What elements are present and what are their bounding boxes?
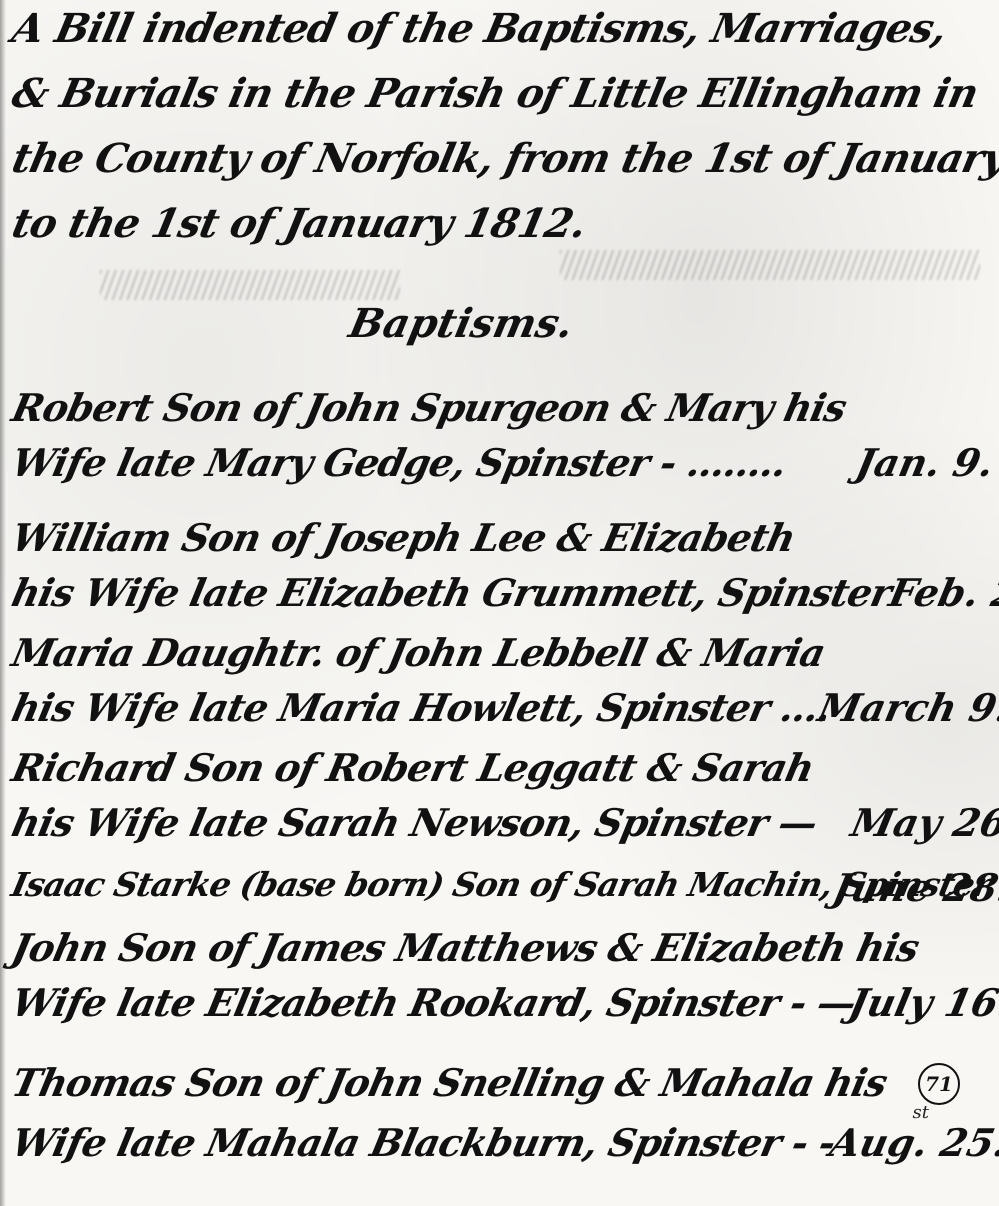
entry-1-line-2: Wife late Mary Gedge, Spinster - .......… — [8, 440, 790, 485]
entry-2-line-1: William Son of Joseph Lee & Elizabeth — [8, 515, 799, 560]
entry-7-date: Aug. 25. — [826, 1120, 999, 1165]
entry-7-line-2: Wife late Mahala Blackburn, Spinster - - — [8, 1120, 839, 1165]
section-title-baptisms: Baptisms. — [345, 300, 578, 347]
folio-number-circle: 71 — [918, 1063, 960, 1105]
header-line-1: A Bill indented of the Baptisms, Marriag… — [8, 5, 951, 52]
entry-4-date: May 26 — [847, 800, 999, 845]
header-line-3: the County of Norfolk, from the 1st of J… — [8, 135, 999, 182]
entry-6-date: July 16. — [845, 980, 999, 1025]
entry-2-line-2: his Wife late Elizabeth Grummett, Spinst… — [8, 570, 895, 615]
ink-smudge — [100, 270, 400, 300]
entry-4-line-2: his Wife late Sarah Newson, Spinster — — [8, 800, 821, 845]
header-line-2: & Burials in the Parish of Little Elling… — [8, 70, 982, 117]
header-line-4: to the 1st of January 1812. — [8, 200, 590, 247]
entry-1-line-1: Robert Son of John Spurgeon & Mary his — [8, 385, 850, 430]
entry-3-line-1: Maria Daughtr. of John Lebbell & Maria — [8, 630, 829, 675]
ink-smudge — [560, 250, 980, 280]
entry-2-date: Feb. 2 — [886, 570, 999, 615]
entry-6-line-2: Wife late Elizabeth Rookard, Spinster - … — [8, 980, 860, 1025]
entry-7-line-1: Thomas Son of John Snelling & Mahala his — [8, 1060, 891, 1105]
entry-3-date: March 9. — [814, 685, 999, 730]
entry-5-date: June 28. — [829, 865, 999, 910]
page-edge-shadow — [0, 0, 6, 1206]
entry-1-date: Jan. 9. — [852, 440, 998, 485]
entry-4-line-1: Richard Son of Robert Leggatt & Sarah — [8, 745, 818, 790]
entry-6-line-1: John Son of James Matthews & Elizabeth h… — [8, 925, 923, 970]
document-page: A Bill indented of the Baptisms, Marriag… — [0, 0, 999, 1206]
entry-3-line-2: his Wife late Maria Howlett, Spinster ..… — [8, 685, 835, 730]
